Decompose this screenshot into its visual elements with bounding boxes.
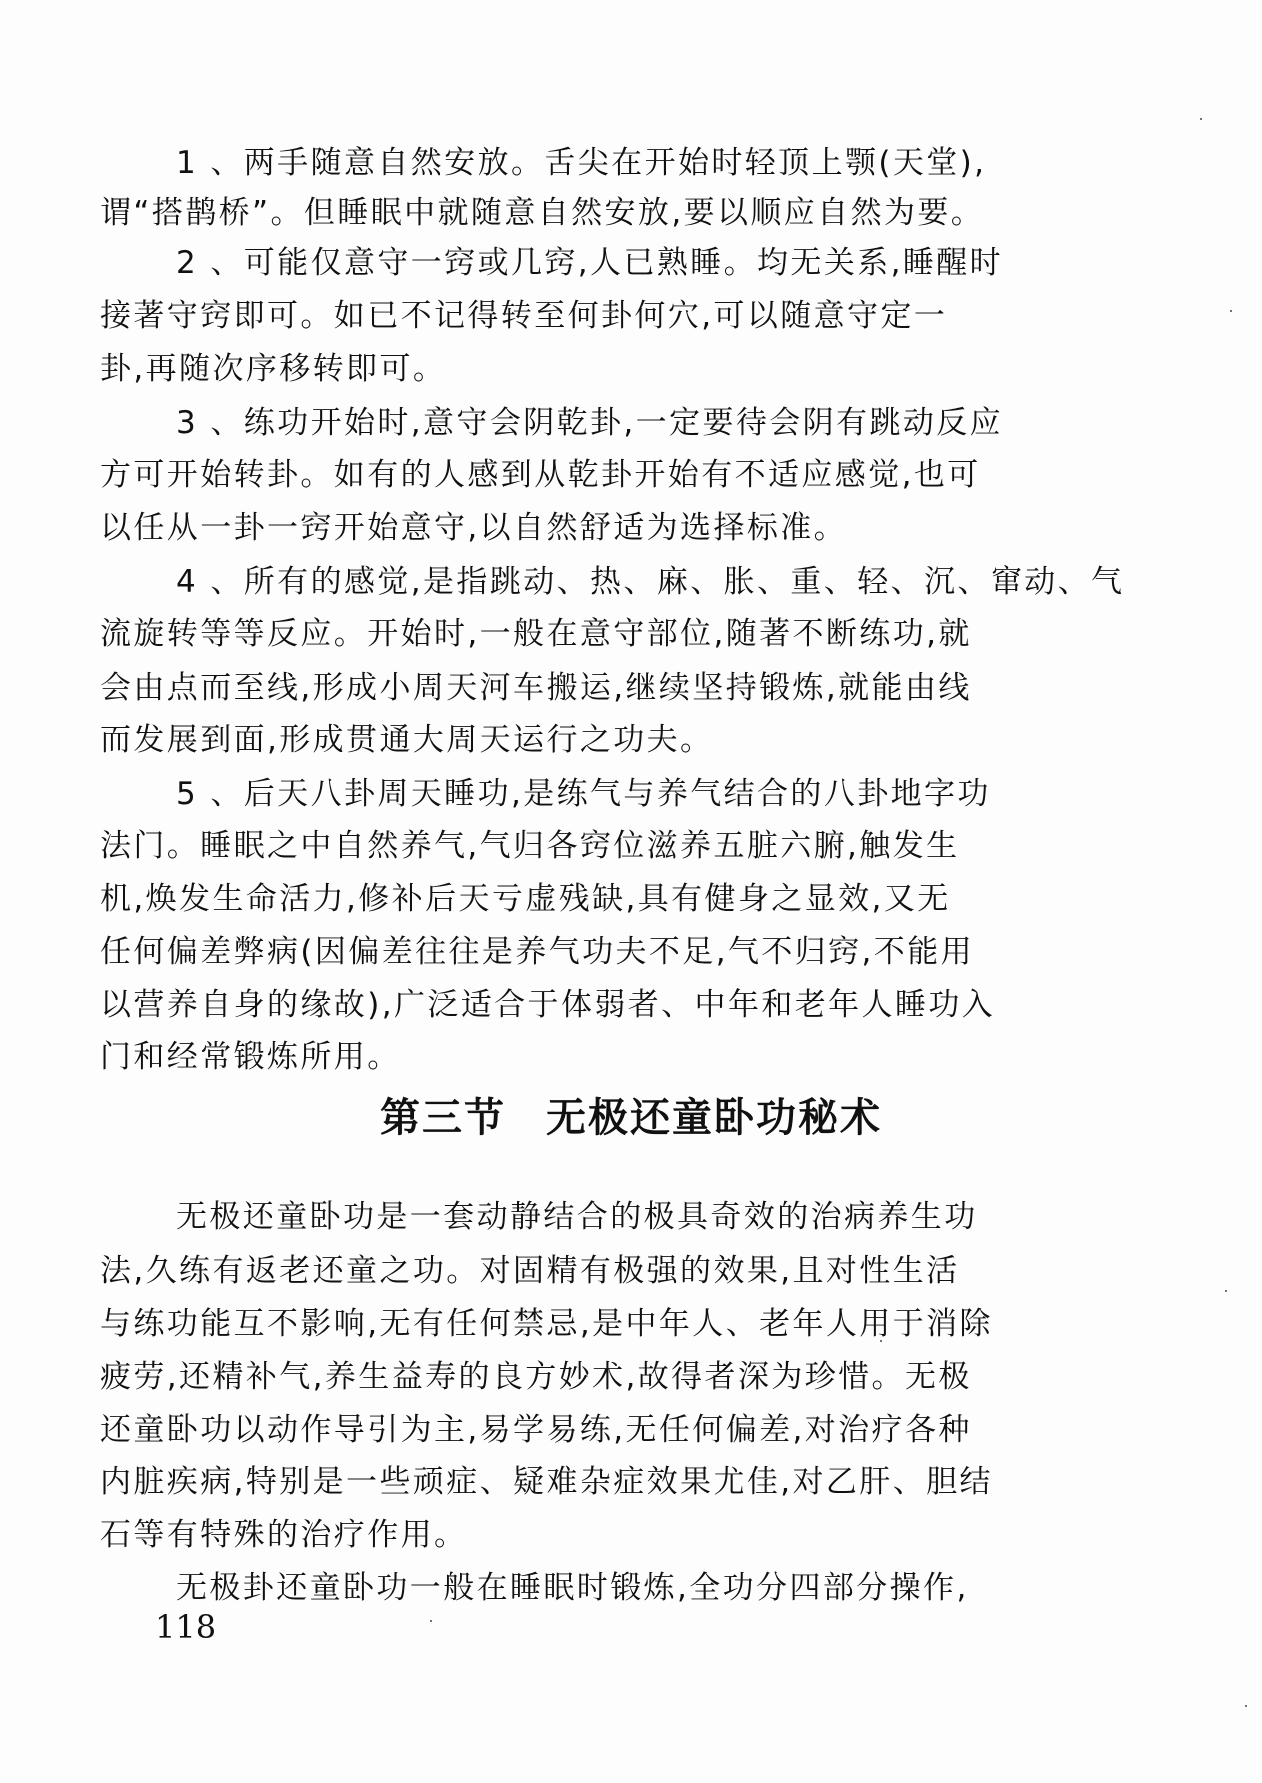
scan-speck <box>1245 1705 1247 1707</box>
paragraph-4-line-1: 4 、所有的感觉,是指跳动、热、麻、胀、重、轻、沉、窜动、气 <box>176 562 1116 602</box>
paragraph-5-line-1: 5 、后天八卦周天睡功,是练气与养气结合的八卦地字功 <box>176 774 1116 814</box>
scan-speck <box>430 1620 432 1622</box>
paragraph-6-line-5: 还童卧功以动作导引为主,易学易练,无任何偏差,对治疗各种 <box>100 1410 1115 1450</box>
paragraph-5-line-3: 机,焕发生命活力,修补后天亏虚残缺,具有健身之显效,又无 <box>100 879 1115 919</box>
paragraph-2-line-1: 2 、可能仅意守一窍或几窍,人已熟睡。均无关系,睡醒时 <box>176 243 1116 283</box>
scan-speck <box>1225 1290 1227 1292</box>
paragraph-7-line-1: 无极卦还童卧功一般在睡眠时锻炼,全功分四部分操作, <box>176 1568 1116 1608</box>
paragraph-5-line-6: 门和经常锻炼所用。 <box>100 1037 1115 1077</box>
paragraph-3-line-3: 以任从一卦一窍开始意守,以自然舒适为选择标准。 <box>100 508 1115 548</box>
paragraph-4-line-4: 而发展到面,形成贯通大周天运行之功夫。 <box>100 720 1115 760</box>
paragraph-1-line-1: 1 、两手随意自然安放。舌尖在开始时轻顶上颚(天堂), <box>176 143 1116 183</box>
paragraph-3-line-2: 方可开始转卦。如有的人感到从乾卦开始有不适应感觉,也可 <box>100 455 1115 495</box>
paragraph-6-line-3: 与练功能互不影响,无有任何禁忌,是中年人、老年人用于消除 <box>100 1304 1115 1344</box>
paragraph-5-line-2: 法门。睡眠之中自然养气,气归各窍位滋养五脏六腑,触发生 <box>100 826 1115 866</box>
paragraph-2-line-3: 卦,再随次序移转即可。 <box>100 349 1115 389</box>
paragraph-6-line-4: 疲劳,还精补气,养生益寿的良方妙术,故得者深为珍惜。无极 <box>100 1357 1115 1397</box>
paragraph-4-line-3: 会由点而至线,形成小周天河车搬运,继续坚持锻炼,就能由线 <box>100 668 1115 708</box>
section-heading: 第三节无极还童卧功秘术 <box>0 1092 1262 1144</box>
section-number: 第三节 <box>380 1095 506 1141</box>
paragraph-5-line-4: 任何偏差弊病(因偏差往往是养气功夫不足,气不归窍,不能用 <box>100 932 1115 972</box>
paragraph-1-line-2: 谓“搭鹊桥”。但睡眠中就随意自然安放,要以顺应自然为要。 <box>100 193 1115 233</box>
scan-speck <box>1230 310 1232 312</box>
scanned-book-page: 1 、两手随意自然安放。舌尖在开始时轻顶上颚(天堂), 谓“搭鹊桥”。但睡眠中就… <box>0 0 1262 1783</box>
paragraph-6-line-1: 无极还童卧功是一套动静结合的极具奇效的治病养生功 <box>176 1197 1116 1237</box>
section-title: 无极还童卧功秘术 <box>546 1095 882 1141</box>
paragraph-6-line-2: 法,久练有返老还童之功。对固精有极强的效果,且对性生活 <box>100 1251 1115 1291</box>
paragraph-3-line-1: 3 、练功开始时,意守会阴乾卦,一定要待会阴有跳动反应 <box>176 403 1116 443</box>
scan-speck <box>1200 118 1202 120</box>
scan-speck <box>880 1340 882 1342</box>
paragraph-6-line-7: 石等有特殊的治疗作用。 <box>100 1515 1115 1555</box>
paragraph-5-line-5: 以营养自身的缘故),广泛适合于体弱者、中年和老年人睡功入 <box>100 985 1115 1025</box>
page-number: 118 <box>155 1607 216 1647</box>
paragraph-6-line-6: 内脏疾病,特别是一些顽症、疑难杂症效果尤佳,对乙肝、胆结 <box>100 1462 1115 1502</box>
paragraph-2-line-2: 接著守窍即可。如已不记得转至何卦何穴,可以随意守定一 <box>100 296 1115 336</box>
paragraph-4-line-2: 流旋转等等反应。开始时,一般在意守部位,随著不断练功,就 <box>100 614 1115 654</box>
